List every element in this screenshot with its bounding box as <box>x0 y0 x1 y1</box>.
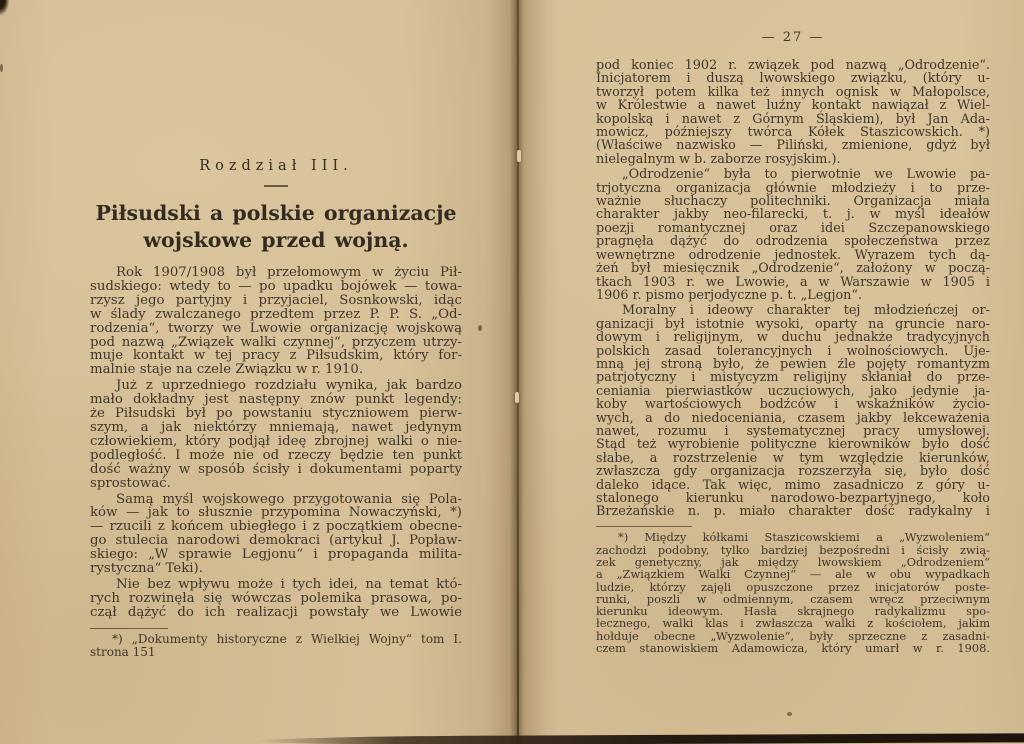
text-line: tkach 1903 r. we Lwowie, a w Warszawie w… <box>596 276 990 289</box>
paragraph: Już z uprzedniego rozdziału wynika, jak … <box>90 379 462 490</box>
text-line: człowiekiem, który podjął ideę zbrojnej … <box>90 435 462 449</box>
text-line: nawet, rozumu i systematycznej pracy umy… <box>596 425 990 438</box>
right-page-body: pod koniec 1902 r. związek pod nazwą „Od… <box>596 59 990 519</box>
text-line: muje kontakt w tej pracy z Piłsudskim, k… <box>90 349 462 363</box>
text-line: że Piłsudski był po powstaniu styczniowe… <box>90 407 462 421</box>
text-line: wych, a do niedoceniania, czasem jakby l… <box>596 412 990 425</box>
text-line: pragnęła dążyć do odrodzenia społeczeńst… <box>596 235 990 248</box>
text-line: ceniania pierwiastków uczuciowych, jako … <box>596 385 990 398</box>
text-line: Nie bez wpływu może i tych idei, na tema… <box>90 578 462 592</box>
text-line: w ślady zwalczanego przedtem przez P. P.… <box>90 308 462 322</box>
text-line: Już z uprzedniego rozdziału wynika, jak … <box>90 379 462 393</box>
text-line: rzysz jego partyjny i przyjaciel, Sosnko… <box>90 294 462 308</box>
text-line: — rzucili z końcem ubiegłego i z początk… <box>90 520 462 534</box>
text-line: w Królestwie a nawet luźny kontakt nawią… <box>596 99 990 112</box>
text-line: go stulecia narodowi demokraci (artykuł … <box>90 534 462 548</box>
text-line: polskich zasad tolerancyjnych i wolności… <box>596 345 990 358</box>
left-page: Rozdział III. Piłsudski a polskie organi… <box>90 158 462 662</box>
paragraph: pod koniec 1902 r. związek pod nazwą „Od… <box>596 59 990 166</box>
text-line: wewnętrzne odrodzenie jednostek. Wyrazem… <box>596 249 990 262</box>
chapter-title: Piłsudski a polskie organizacje wojskowe… <box>90 200 462 254</box>
text-line: ludzie, którzy zajęli opuszczone przez i… <box>596 581 990 593</box>
text-line: stalonego kierunku narodowo-bezpartyjneg… <box>596 492 990 505</box>
text-line: rodzenia“, tworzy we Lwowie organizację … <box>90 322 462 336</box>
text-line: żeń był miesięcznik „Odrodzenie“, założo… <box>596 262 990 275</box>
text-line: ważnie słuchaczy politechniki. Organizac… <box>596 195 990 208</box>
chapter-heading: Rozdział III. <box>90 158 462 174</box>
text-line: trjotyczna organizacja głównie młodzieży… <box>596 182 990 195</box>
paragraph: Moralny i ideowy charakter tej młodzieńc… <box>596 304 990 519</box>
heading-rule <box>264 185 288 187</box>
text-line: szym, a jak niektórzy mniemają, nawet je… <box>90 421 462 435</box>
paper-speck <box>478 325 482 331</box>
text-line: a „Związkiem Walki Czynnej“ — ale w obu … <box>596 568 990 580</box>
text-line: rystyczna“ Teki). <box>90 562 462 576</box>
paragraph: Samą myśl wojskowego przygotowania się P… <box>90 493 462 576</box>
text-line: łecznego, walki klas i zwłaszcza walki z… <box>596 617 990 629</box>
text-line: *) Między kółkami Staszicowskiemi a „Wyz… <box>596 531 990 543</box>
text-line: kopolską i nawet z Górnym Śląskiem), był… <box>596 113 990 126</box>
text-line: strona 151 <box>90 646 462 659</box>
text-line: rych rozwinęła się wówczas polemika pras… <box>90 592 462 606</box>
paragraph: *) Między kółkami Staszicowskiemi a „Wyz… <box>596 531 990 654</box>
text-line: słabe, a rozstrzelenie w tym względzie k… <box>596 452 990 465</box>
text-line: „Odrodzenie“ była to pierwotnie we Lwowi… <box>596 168 990 181</box>
right-page: — 27 — pod koniec 1902 r. związek pod na… <box>596 30 990 656</box>
text-line: dość ważny w sposób ścisły i dokumentami… <box>90 463 462 477</box>
text-line: podległość. I może nie od rzeczy będzie … <box>90 449 462 463</box>
text-line: ganizacji był istotnie wysoki, oparty na… <box>596 318 990 331</box>
left-page-body: Rok 1907/1908 był przełomowym w życiu Pi… <box>90 266 462 620</box>
text-line: (Właściwe nazwisko — Piliński, zmienione… <box>596 139 990 152</box>
footnote-rule <box>90 628 168 630</box>
binding-crease <box>517 0 519 744</box>
text-line: zwłaszcza gdy organizacja rozszerzyła si… <box>596 465 990 478</box>
text-line: Samą myśl wojskowego przygotowania się P… <box>90 493 462 507</box>
text-line: dowym i religijnym, w duchu jednakże tra… <box>596 331 990 344</box>
text-line: czem stanowiskiem Adamowicza, który umar… <box>596 642 990 654</box>
text-line: mało dokładny jest następny znów punkt l… <box>90 393 462 407</box>
text-line: mną jej stroną było, że pewien źle pojęt… <box>596 358 990 371</box>
chapter-title-line2: wojskowe przed wojną. <box>90 227 462 254</box>
text-line: daleko idące. Tak więc, mimo zasadniczo … <box>596 479 990 492</box>
text-line: pod nazwą „Związek walki czynnej“, przyc… <box>90 336 462 350</box>
scan-corner-shadow <box>0 0 9 15</box>
paragraph: *) „Dokumenty historyczne z Wielkiej Woj… <box>90 633 462 659</box>
chapter-title-line1: Piłsudski a polskie organizacje <box>90 200 462 227</box>
footnote-rule <box>596 526 692 528</box>
page-number: — 27 — <box>596 30 990 45</box>
text-line: mowicz, późniejszy twórca Kółek Staszico… <box>596 126 990 139</box>
text-line: Moralny i ideowy charakter tej młodzieńc… <box>596 304 990 317</box>
text-line: Rok 1907/1908 był przełomowym w życiu Pi… <box>90 266 462 280</box>
paragraph: „Odrodzenie“ była to pierwotnie we Lwowi… <box>596 168 990 302</box>
book-spread: Rozdział III. Piłsudski a polskie organi… <box>0 0 1024 744</box>
text-line: charakter jakby neo-filarecki, t. j. w m… <box>596 208 990 221</box>
paper-speck <box>0 64 3 72</box>
text-line: Stąd też wyrobienie polityczne kierownik… <box>596 438 990 451</box>
text-line: Brzeżańskie n. p. miało charakter dość r… <box>596 505 990 518</box>
text-line: nielegalnym w b. zaborze rosyjskim.). <box>596 153 990 166</box>
text-line: koby wartościowych bodźców i wskaźników … <box>596 398 990 411</box>
paragraph: Rok 1907/1908 był przełomowym w życiu Pi… <box>90 266 462 377</box>
binding-thread <box>517 150 521 162</box>
text-line: skiego: „W sprawie Legjonu“ i propaganda… <box>90 548 462 562</box>
text-line: Inicjatorem i duszą lwowskiego związku, … <box>596 72 990 85</box>
paper-speck <box>787 712 792 716</box>
text-line: poezji romantycznej oraz idei Szczepanow… <box>596 222 990 235</box>
text-line: czął dążyć do ich realizacji powstały we… <box>90 606 462 620</box>
text-line: ków — jak to słusznie przypomina Nowaczy… <box>90 506 462 520</box>
text-line: sprostować. <box>90 477 462 491</box>
text-line: 1906 r. pismo perjodyczne p. t. „Legjon“… <box>596 289 990 302</box>
binding-thread <box>515 392 519 403</box>
left-page-footnote: *) „Dokumenty historyczne z Wielkiej Woj… <box>90 633 462 659</box>
right-page-footnote: *) Między kółkami Staszicowskiemi a „Wyz… <box>596 531 990 654</box>
text-line: sudskiego: wtedy to — po upadku bojówek … <box>90 280 462 294</box>
text-line: patrjotyczny i mistycyzm religijny skłan… <box>596 371 990 384</box>
text-line: tworzył potem kilka też innych ognisk w … <box>596 86 990 99</box>
text-line: malnie staje na czele Związku w r. 1910. <box>90 363 462 377</box>
paragraph: Nie bez wpływu może i tych idei, na tema… <box>90 578 462 620</box>
text-line: pod koniec 1902 r. związek pod nazwą „Od… <box>596 59 990 72</box>
